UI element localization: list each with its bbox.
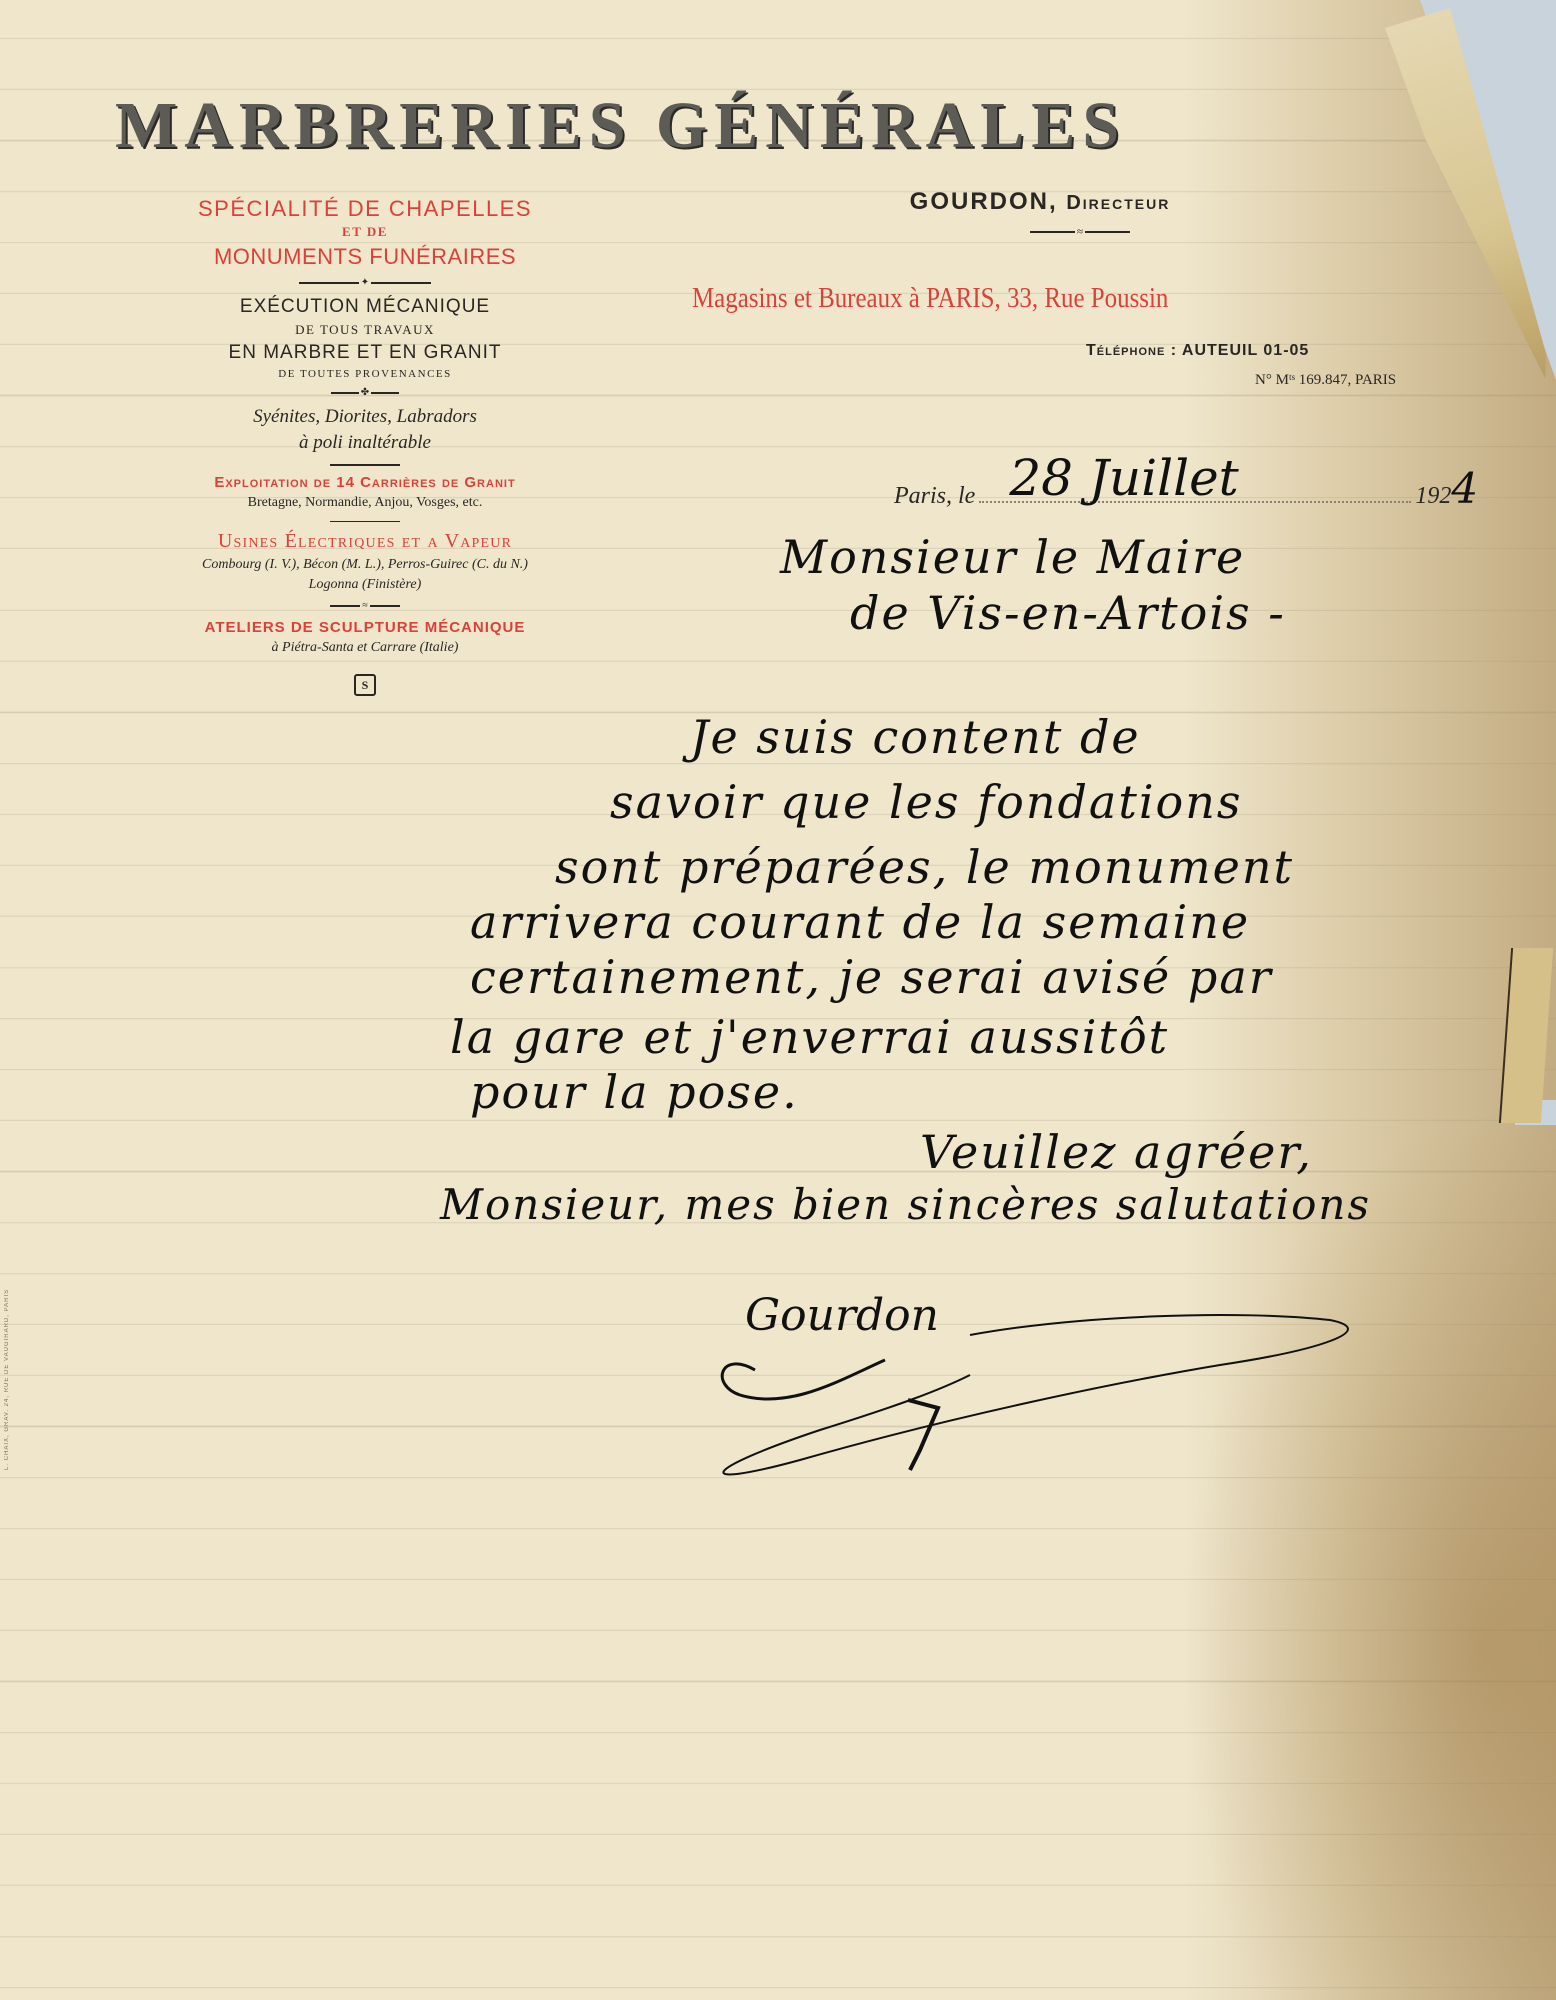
quarries-title: Exploitation de 14 Carrières de Granit	[100, 474, 630, 491]
workshops-title: ATELIERS DE SCULPTURE MÉCANIQUE	[100, 619, 630, 636]
divider	[330, 521, 400, 523]
director-title: Directeur	[1066, 192, 1170, 214]
recipient-line-1: Monsieur le Maire	[780, 530, 1245, 584]
divider	[330, 464, 400, 466]
workshops-location: à Piétra-Santa et Carrare (Italie)	[100, 640, 630, 656]
closing-line-1: Veuillez agréer,	[920, 1125, 1313, 1179]
factories-line-2: Logonna (Finistère)	[100, 577, 630, 593]
body-line: certainement, je serai avisé par	[470, 950, 1273, 1004]
ornament-divider: ✤	[100, 386, 630, 400]
execution-line-1: EXÉCUTION MÉCANIQUE	[100, 296, 630, 318]
factories-line-1: Combourg (I. V.), Bécon (M. L.), Perros-…	[100, 557, 630, 573]
signature-flourish	[680, 1290, 1370, 1480]
ornament-divider: ✦	[100, 276, 630, 290]
year-handwritten: 4	[1451, 464, 1478, 513]
ornament-icon: ✦	[359, 278, 371, 288]
specialty-line-1: SPÉCIALITÉ DE CHAPELLES	[100, 196, 630, 222]
director-name: GOURDON,	[910, 188, 1058, 215]
director-line: GOURDON, Directeur	[660, 188, 1420, 216]
printer-mark: L. CHAIX, GRAV. 24, RUE DE VAUGIRARD, PA…	[4, 1240, 20, 1470]
specialty-line-2: ET DE	[100, 224, 630, 240]
specialty-line-3: MONUMENTS FUNÉRAIRES	[100, 244, 630, 270]
body-line: savoir que les fondations	[610, 775, 1242, 829]
date-fill-line: 28 Juillet	[979, 501, 1411, 503]
telephone: Téléphone : AUTEUIL 01-05	[1086, 342, 1309, 360]
body-line: pour la pose.	[470, 1065, 799, 1119]
registration-number: N° Mᵗˢ 169.847, PARIS	[1255, 372, 1396, 389]
stones-line-2: à poli inaltérable	[100, 432, 630, 454]
stones-line-1: Syénites, Diorites, Labradors	[100, 406, 630, 428]
body-line: sont préparées, le monument	[555, 840, 1294, 894]
date-handwritten: 28 Juillet	[1009, 449, 1238, 507]
body-line: la gare et j'enverrai aussitôt	[450, 1010, 1169, 1064]
company-address: Magasins et Bureaux à PARIS, 33, Rue Pou…	[692, 282, 1168, 315]
ornament-divider: ≈	[100, 599, 630, 613]
execution-line-3: EN MARBRE ET EN GRANIT	[100, 342, 630, 364]
recipient-line-2: de Vis-en-Artois -	[850, 586, 1286, 640]
body-line: arrivera courant de la semaine	[470, 895, 1250, 949]
date-prefix: Paris, le	[894, 483, 975, 509]
year-printed: 192	[1415, 483, 1451, 509]
closing-line-2: Monsieur, mes bien sincères salutations	[440, 1180, 1371, 1229]
dateline: Paris, le28 Juillet1924	[894, 464, 1478, 513]
quarries-regions: Bretagne, Normandie, Anjou, Vosges, etc.	[100, 495, 630, 511]
company-name: MARBRERIES GÉNÉRALES	[115, 88, 1126, 164]
execution-line-4: DE TOUTES PROVENANCES	[100, 368, 630, 380]
body-line: Je suis content de	[690, 710, 1141, 764]
star-ornament-icon: ✤	[359, 388, 371, 398]
execution-line-2: DE TOUS TRAVAUX	[100, 322, 630, 338]
knot-ornament-icon: ≈	[1075, 226, 1085, 238]
letterhead-right-header: GOURDON, Directeur ≈	[660, 188, 1420, 238]
printer-logo-icon: S	[354, 674, 376, 696]
factories-title: Usines Électriques et a Vapeur	[100, 530, 630, 553]
letterhead-left-column: SPÉCIALITÉ DE CHAPELLES ET DE MONUMENTS …	[100, 196, 630, 696]
ornament-divider: ≈	[740, 226, 1420, 238]
knot-ornament-icon: ≈	[360, 601, 370, 611]
